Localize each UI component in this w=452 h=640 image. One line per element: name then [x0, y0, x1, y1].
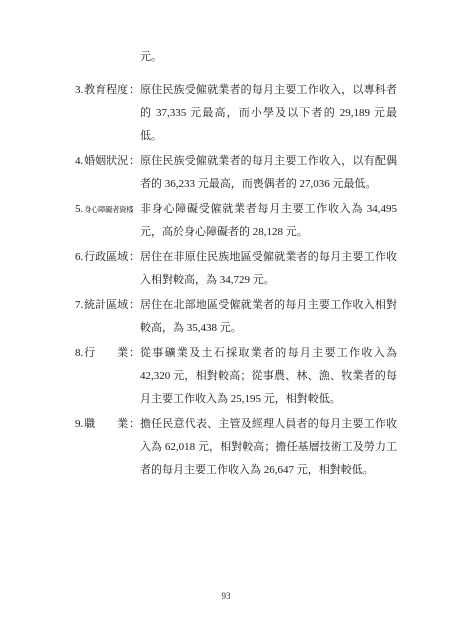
item-label: 教育程度 — [84, 79, 128, 102]
item-label: 職業 — [84, 413, 128, 436]
item-number: 9. — [75, 413, 83, 436]
item-text: 非身心障礙受僱就業者每月主要工作收入為 34,495 元，高於身心障礙者的 28… — [140, 198, 397, 244]
item-colon: ： — [129, 79, 140, 102]
continuation-paragraph: 元。 — [140, 46, 397, 69]
page-number: 93 — [0, 589, 452, 603]
item-number: 5. — [75, 198, 83, 221]
item-text: 擔任民意代表、主管及經理人員者的每月主要工作收入為 62,018 元，相對較高；… — [140, 413, 397, 482]
numbered-item-marital-status: 4. 婚姻狀況 ： 原住民族受僱就業者的每月主要工作收入，以有配偶者的 36,2… — [75, 150, 397, 196]
item-colon: ： — [129, 198, 140, 221]
item-label: 行業 — [84, 342, 128, 365]
item-label: 統計區域 — [84, 294, 128, 317]
item-colon: ： — [129, 413, 140, 436]
item-head: 4. 婚姻狀況 ： — [75, 150, 140, 173]
item-number: 3. — [75, 79, 83, 102]
item-head: 5. 身心障礙者資格 ： — [75, 198, 140, 221]
item-colon: ： — [129, 246, 140, 269]
document-page: 元。 3. 教育程度 ： 原住民族受僱就業者的每月主要工作收入，以專科者的 37… — [0, 0, 452, 640]
item-colon: ： — [129, 342, 140, 365]
item-label: 婚姻狀況 — [84, 150, 128, 173]
item-number: 4. — [75, 150, 83, 173]
item-text: 居住在北部地區受僱就業者的每月主要工作收入相對較高，為 35,438 元。 — [140, 294, 397, 340]
item-number: 7. — [75, 294, 83, 317]
item-head: 9. 職業 ： — [75, 413, 140, 436]
numbered-item-administrative-region: 6. 行政區域 ： 居住在非原住民族地區受僱就業者的每月主要工作收入相對較高，為… — [75, 246, 397, 292]
numbered-item-industry: 8. 行業 ： 從事礦業及土石採取業者的每月主要工作收入為 42,320 元，相… — [75, 342, 397, 411]
item-head: 7. 統計區域 ： — [75, 294, 140, 317]
item-number: 8. — [75, 342, 83, 365]
numbered-item-disability-status: 5. 身心障礙者資格 ： 非身心障礙受僱就業者每月主要工作收入為 34,495 … — [75, 198, 397, 244]
item-text: 原住民族受僱就業者的每月主要工作收入，以專科者的 37,335 元最高，而小學及… — [140, 79, 397, 148]
item-colon: ： — [129, 150, 140, 173]
item-text: 從事礦業及土石採取業者的每月主要工作收入為 42,320 元，相對較高；從事農、… — [140, 342, 397, 411]
numbered-item-statistical-region: 7. 統計區域 ： 居住在北部地區受僱就業者的每月主要工作收入相對較高，為 35… — [75, 294, 397, 340]
item-text: 原住民族受僱就業者的每月主要工作收入，以有配偶者的 36,233 元最高，而喪偶… — [140, 150, 397, 196]
item-head: 8. 行業 ： — [75, 342, 140, 365]
item-label: 身心障礙者資格 — [84, 198, 128, 221]
item-text: 居住在非原住民族地區受僱就業者的每月主要工作收入相對較高，為 34,729 元。 — [140, 246, 397, 292]
item-colon: ： — [129, 294, 140, 317]
item-number: 6. — [75, 246, 83, 269]
item-head: 6. 行政區域 ： — [75, 246, 140, 269]
page-content: 元。 3. 教育程度 ： 原住民族受僱就業者的每月主要工作收入，以專科者的 37… — [75, 46, 397, 484]
numbered-item-education: 3. 教育程度 ： 原住民族受僱就業者的每月主要工作收入，以專科者的 37,33… — [75, 79, 397, 148]
item-head: 3. 教育程度 ： — [75, 79, 140, 102]
item-label: 行政區域 — [84, 246, 128, 269]
numbered-item-occupation: 9. 職業 ： 擔任民意代表、主管及經理人員者的每月主要工作收入為 62,018… — [75, 413, 397, 482]
